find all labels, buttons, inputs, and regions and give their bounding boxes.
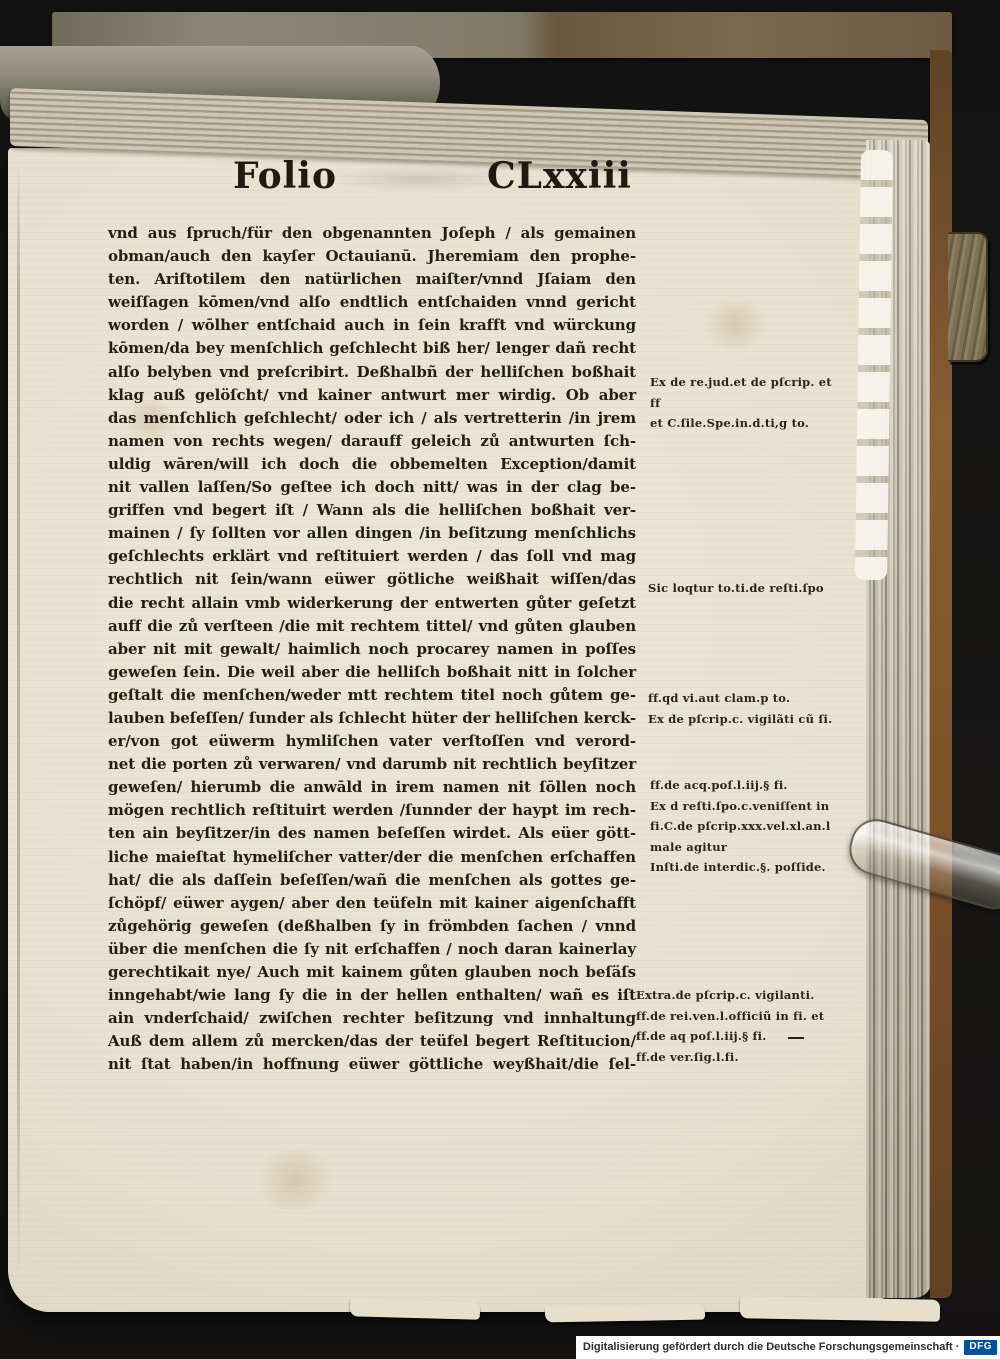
text-line: zůgehörig geweſen (deßhalben ſy in frömb… [108, 915, 636, 938]
paper-stain [700, 300, 770, 350]
margin-note-line: Inſti.de interdic.§. poſſide. [650, 857, 842, 878]
text-line: nit vallen laſſen/So geſtee ich doch nit… [108, 476, 636, 499]
text-line: griffen vnd begert iſt / Wann als die he… [108, 499, 636, 522]
text-line: das menſchlich geſchlecht/ oder ich / al… [108, 407, 636, 430]
margin-note-line: Ex de pſcrip.c. vigilãti cũ ſi. [648, 709, 840, 730]
book-scan-scene: Folio CLxxiii vnd aus ſpruch/für den obg… [0, 0, 1000, 1359]
text-line: über die menſchen die ſy nit erſchaffen … [108, 938, 636, 961]
text-line: ſchöpf/ eüwer aygen/ aber den teüfeln mi… [108, 892, 636, 915]
text-line: namen von rechts wegen/ darauff geleich … [108, 430, 636, 453]
text-line: ten. Ariſtotilem den natürlichen maiſter… [108, 268, 636, 291]
text-line: rechtlich nit ſein/wann eüwer götliche w… [108, 568, 636, 591]
text-line: obman/auch den kayſer Octauianū. Jheremi… [108, 245, 636, 268]
text-line: auff die zů verſteen /die mit rechtem ti… [108, 615, 636, 638]
torn-page-fragment [350, 1298, 480, 1319]
margin-note-line: Ex d reſti.ſpo.c.veniſſent in [650, 796, 842, 817]
text-line: Auß dem allem zů mercken/das der teüfel … [108, 1030, 636, 1053]
text-line: klag auß gelöſcht/ vnd kainer antwurt me… [108, 384, 636, 407]
text-line: geweſen/ hierumb die anwāld in irem name… [108, 776, 636, 799]
torn-page-fragment [740, 1296, 940, 1321]
text-line: ten ain beyſitzer/in des namen beſeſſen … [108, 822, 636, 845]
margin-note-3: ff.qd vi.aut clam.p to.Ex de pſcrip.c. v… [648, 688, 840, 729]
text-line: liche maieſtat hymeliſcher vatter/der di… [108, 846, 636, 869]
text-line: aber nit mit gewalt/ haimlich noch proca… [108, 638, 636, 661]
text-line: geſtalt die menſchen/weder mtt rechtem t… [108, 684, 636, 707]
margin-note-line: et C.ſile.Spe.in.d.ti,g to. [650, 413, 842, 434]
margin-note-line: Sic loqtur to.ti.de reſti.ſpo [648, 578, 840, 599]
text-line: mögen rechtlich reſtituirt werden /ſunnd… [108, 799, 636, 822]
main-text-block: vnd aus ſpruch/für den obgenannten Joſep… [108, 222, 636, 1076]
text-line: kōmen/da bey menſchlich geſchlecht biß h… [108, 337, 636, 360]
text-line: vnd aus ſpruch/für den obgenannten Joſep… [108, 222, 636, 245]
text-line: geſchlechts erklärt vnd reſtituiert werd… [108, 545, 636, 568]
margin-note-line: Extra.de pſcrip.c. vigilanti. [636, 985, 840, 1006]
margin-note-line: ff.de rei.ven.l.officiũ in fi. et [636, 1006, 840, 1027]
folio-number: CLxxiii [487, 158, 632, 194]
ink-showthrough [330, 166, 510, 192]
folio-label: Folio [233, 158, 337, 194]
text-line: inngehabt/wie lang ſy die in der hellen … [108, 984, 636, 1007]
text-line: alſo belyben vnd preſcribirt. Deßhalbñ d… [108, 361, 636, 384]
text-line: nit ſtat haben/in hoffnung eüwer göttlic… [108, 1053, 636, 1076]
digitization-credit-text: Digitalisierung gefördert durch die Deut… [583, 1342, 960, 1353]
text-line: ain vnderſchaid/ zwiſchen rechter beſitz… [108, 1007, 636, 1030]
margin-note-line: Ex de re.jud.et de pſcrip. et ff [650, 372, 842, 413]
text-line: gerechtikait nye/ Auch mit kainem gůten … [108, 961, 636, 984]
margin-note-line: fi.C.de pſcrip.xxx.vel.xl.an.l [650, 816, 842, 837]
text-line: worden / wōlher entſchaid auch in ſein k… [108, 314, 636, 337]
margin-note-line: male agitur [650, 837, 842, 858]
torn-page-fragment [545, 1304, 705, 1323]
margin-note-1: Ex de re.jud.et de pſcrip. et ffet C.ſil… [650, 372, 842, 434]
margin-note-line: ff.qd vi.aut clam.p to. [648, 688, 840, 709]
margin-note-2: Sic loqtur to.ti.de reſti.ſpo [648, 578, 840, 599]
text-line: uldig wāren/will ich doch die obbemelten… [108, 453, 636, 476]
text-line: mainen / ſy ſollten vor allen dingen /in… [108, 522, 636, 545]
text-line: hat/ die als daſſein beſeſſen/wañ die me… [108, 869, 636, 892]
fore-edge-flaking [855, 150, 893, 580]
text-line: net die porten zů verwaren/ vnd darumb n… [108, 753, 636, 776]
margin-note-line: ff.de ver.ſig.l.fi. [636, 1047, 840, 1068]
text-line: lauben beſeſſen/ ſunder als ſchlecht hüt… [108, 707, 636, 730]
page-crease [17, 160, 20, 1280]
dfg-logo[interactable]: DFG [964, 1340, 997, 1355]
paper-stain [250, 1150, 340, 1210]
text-line: geweſen ſein. Die weil aber die helliſch… [108, 661, 636, 684]
leather-bookmark-tab [948, 232, 988, 362]
text-line: die recht allain vmb widerkerung der ent… [108, 592, 636, 615]
text-line: er/von got eüwerm hymliſchen vater verſt… [108, 730, 636, 753]
text-line: weiſſagen kōmen/vnd alſo endtlich entſch… [108, 291, 636, 314]
margin-note-line: ff.de acq.poſ.l.iij.§ fi. [650, 775, 842, 796]
margin-note-dash [788, 1037, 804, 1039]
margin-note-4: ff.de acq.poſ.l.iij.§ fi.Ex d reſti.ſpo.… [650, 775, 842, 878]
margin-note-5: Extra.de pſcrip.c. vigilanti.ff.de rei.v… [636, 985, 840, 1067]
margin-note-line: ff.de aq poſ.l.iij.§ fi. [636, 1026, 840, 1047]
digitization-credit-bar: Digitalisierung gefördert durch die Deut… [576, 1336, 1000, 1359]
